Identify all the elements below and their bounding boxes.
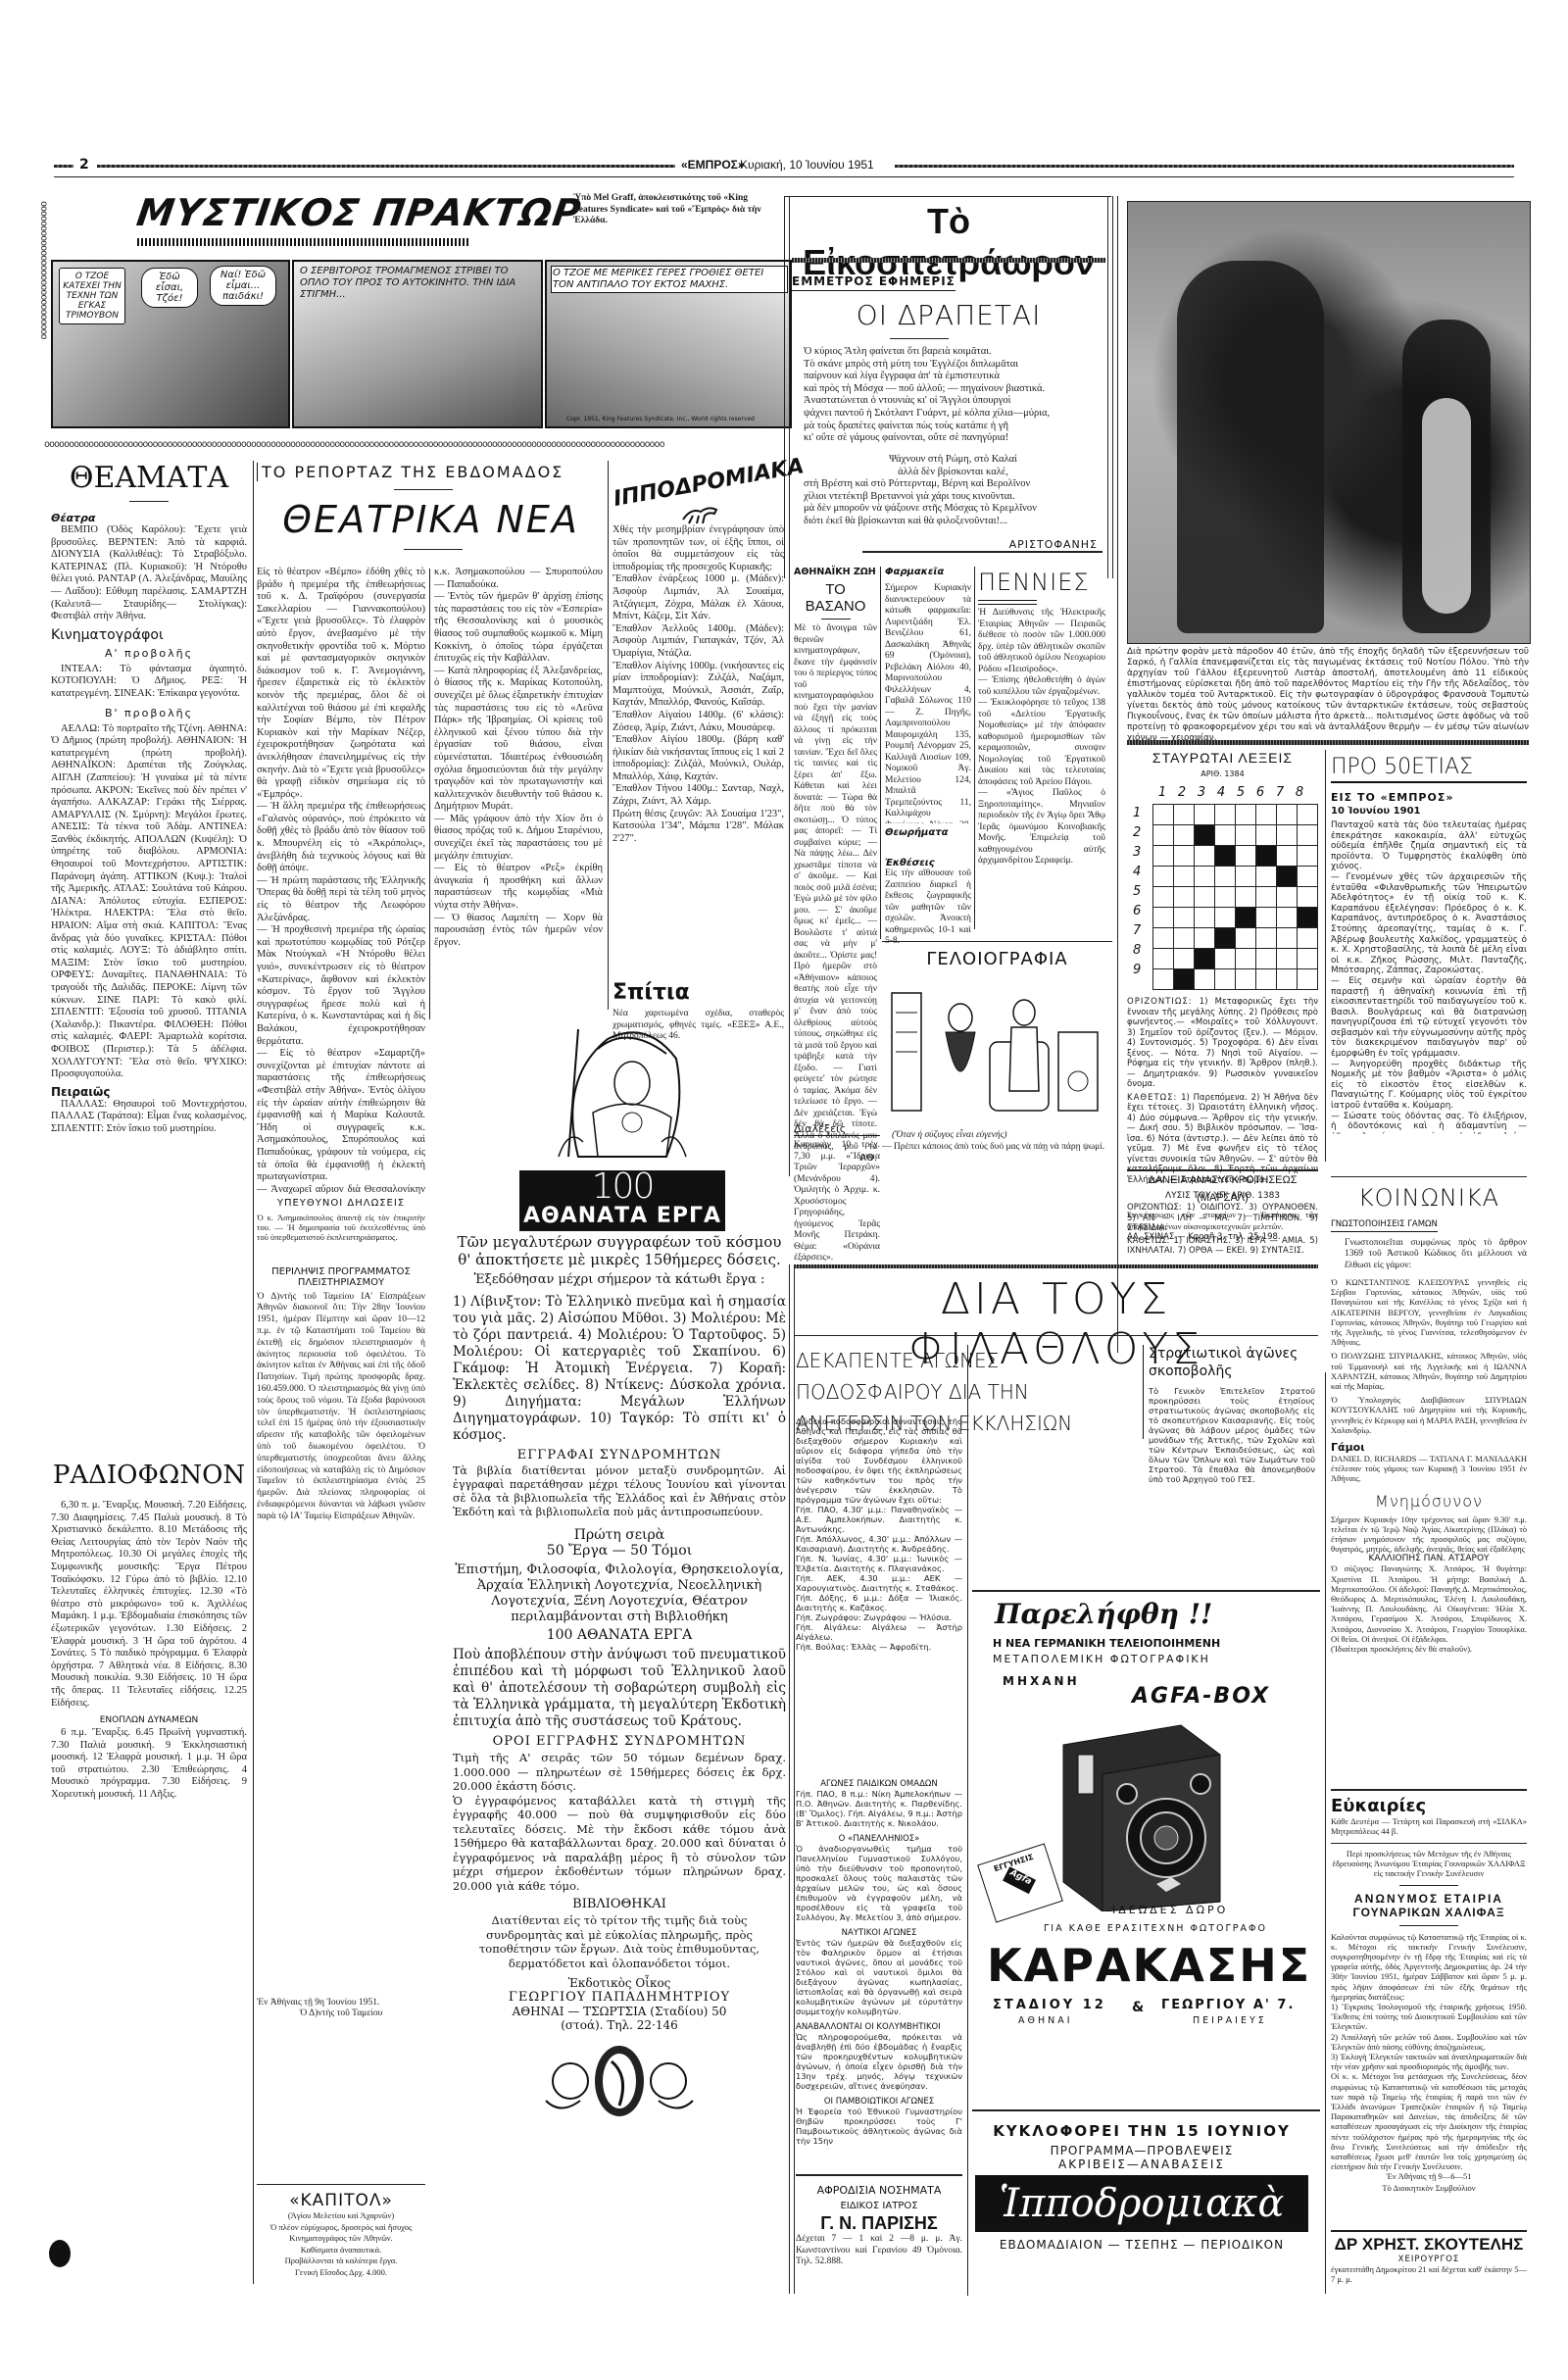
tameio-signoff-place: Ἐν Ἀθήναις τῇ 9η Ἰουνίου 1951. [257,1998,425,2009]
athanata-issued: Ἐξεδόθησαν μέχρι σήμερον τὰ κάτωθι ἔργα … [453,1272,786,1288]
afrodisia-ad: ΑΦΡΟΔΙΣΙΑ ΝΟΣΗΜΑΤΑ ΕΙΔΙΚΟΣ ΙΑΤΡΟΣ Γ. Ν. … [796,2184,962,2268]
pennies-title: ΠΕΝΝΙΕΣ [978,569,1105,596]
crossword-grid[interactable] [1152,804,1318,990]
perilipsis-text: Ὁ Δ)ντὴς τοῦ Ταμείου ΙΑ' Εἰσπράξεων Ἀθην… [257,1292,425,1998]
tameio-section: ΥΠΕΥΘΥΝΟΙ ΔΗΛΩΣΕΙΣ Ὁ κ. Ἀσημακόπουλος ἀπ… [257,1198,425,2020]
army-section: Στρατιωτικοὶ ἀγῶνες σκοποβολῆς Τὸ Γενικὸ… [1149,1345,1315,1562]
poem-stanza-2: Ψάχνουν στὴ Ρώμη, στὸ Καλαί ἀλλὰ δὲν βρί… [804,454,1102,528]
athanata-series-count: 50 Ἔργα — 50 Τόμοι [453,1543,786,1559]
farmakeia-text: Σήμερον Κυριακὴν διανυκτερεύουν τὰ κάτωθ… [885,583,971,823]
crossword-row-number: 3 [1133,843,1149,863]
koinonika-title: ΚΟΙΝΩΝΙΚΑ [1331,1184,1527,1212]
cartoon-caption-1: (Ὅταν ἡ σύζυγος εἶναι εὐγενής) [882,1130,1112,1142]
photo-figure-man [1177,261,1324,633]
tameio-text: Ὁ κ. Ἀσημακόπουλος ἀπαντᾷ εἰς τὸν ἐπικρι… [257,1213,425,1243]
crossword-col-number: 8 [1290,785,1309,800]
crossword-col-number: 7 [1270,785,1290,800]
crossword-col-number: 4 [1211,785,1231,800]
afrodisia-title: ΑΦΡΟΔΙΣΙΑ ΝΟΣΗΜΑΤΑ [796,2184,962,2197]
athanata-phone: (στοά). Τηλ. 22·146 [453,2018,786,2032]
horse-racing-icon [681,502,720,525]
pamboiotikoi-text: Ἡ Ἐφορεία τοῦ Ἐθνικοῦ Γυμναστηρίου Θηβῶν… [796,2107,962,2146]
eukairies-title: Εὐκαιρίες [1331,1796,1527,1816]
daneia-title: ΔΑΝΕΙΑ ΑΝΑΣΥΓΚΡΟΤΗΣΕΩΣ [1127,1174,1318,1186]
gamoi-text: DANIEL D. RICHARDS — ΤΑΤΙΑΝΑ Γ. ΜΑΝΙΑΔΑΚ… [1331,1454,1527,1484]
comic-caption-1: Ο ΤΖΟΕ ΚΑΤΕΧΕΙ ΤΗΝ ΤΕΧΝΗ ΤΩΝ ΕΓΚΑΣ ΤΡΙΜΟ… [59,268,125,324]
athanata-libraries-title: ΒΙΒΛΙΟΘΗΚΑΙ [453,1897,786,1911]
filathlous-top-rule [794,1264,1318,1268]
theamata-rule [129,501,169,502]
photo-caption-rule [1127,740,1529,745]
second-run-label: Β' προβολῆς [51,707,247,719]
perilipsis-title: ΠΕΡΙΛΗΨΙΣ ΠΡΟΓΡΑΜΜΑΤΟΣ ΠΛΕΙΣΤΗΡΙΑΣΜΟΥ [257,1266,425,1288]
amateur-label: ΑΓΩΝΕΣ ΠΑΙΔΙΚΩΝ ΟΜΑΔΩΝ [796,1779,962,1789]
koinonika-intro: Γνωστοποιεῖται συμφώνως πρὸς τὸ ἄρθρον 1… [1331,1238,1527,1272]
kapitol-title: «ΚΑΠΙΤΟΛ» [257,2191,425,2210]
eukairies-text: Κάθε Δευτέρα — Τετάρτη καὶ Παρασκευὴ στὴ… [1331,1816,1527,1836]
crossword-col-number: 1 [1152,785,1172,800]
halifax-title-rule [1399,1925,1458,1926]
amateur-text: Γήπ. ΠΑΟ, 8 π.μ.: Νίκη Ἀμπελοκήπων — Π.Ο… [796,1789,962,1828]
halifax-intro: Περὶ προσκλήσεως τῶν Μετόχων τῆς ἐν Ἀθήν… [1331,1849,1527,1879]
masthead-rule-left [97,165,675,168]
halifax-section: Περὶ προσκλήσεως τῶν Μετόχων τῆς ἐν Ἀθήν… [1331,1849,1527,2194]
down-label: ΚΑΘΕΤΩΣ: [1127,1093,1177,1103]
theatrika-nea-title: ΘΕΑΤΡΙΚΑ ΝΕΑ [257,498,605,541]
masthead-rule-right [895,165,1514,168]
daneia-top-rule [1127,1169,1318,1171]
athinaiki-kicker: ΑΘΗΝΑΪΚΗ ΖΩΗ [794,567,877,577]
poem-title-rule [890,338,949,339]
kapitol-line3: Προβάλλονται τὰ καλύτερα ἔργα. [257,2256,425,2267]
spor-brand-banner: Ἱπποδρομιακὰ Σπόρ [975,2175,1308,2232]
halifax-top-rule [1331,1843,1527,1844]
crossword-number: ΑΡΙΘ. 1384 [1127,769,1318,778]
pro50-date: 10 Ἰουνίου 1901 [1331,806,1527,817]
crossword-divider [1325,750,1326,1162]
athanata-lead: Τῶν μεγαλυτέρων συγγραφέων τοῦ κόσμου θ'… [453,1233,786,1268]
athanata-libraries-text: Διατίθενται εἰς τὸ τρίτον τῆς τιμῆς διὰ … [453,1913,786,1970]
skoutelis-top-rule [1331,2230,1527,2232]
pennies-divider [974,567,975,929]
koinonika-top-rule [1331,1176,1527,1177]
athena-illustration [539,1019,706,1166]
photo-penguin-belly [1422,398,1471,614]
issue-date: Κυριακή, 10 Ἰουνίου 1951 [740,158,874,172]
poem-title: ΟΙ ΔΡΑΠΕΤΑΙ [792,299,1105,331]
store-city-left: ΑΘΗΝΑΙ [1018,2015,1073,2026]
poem-line: κι' οὔτε σὲ γάμους φαίνονται, οὔτε σὲ πα… [804,432,1102,445]
agfa-headline: Παρελήφθη !! [995,1598,1212,1630]
afrodisia-name: Γ. Ν. ΠΑΡΙΣΗΣ [796,2213,962,2234]
panellinios-text: Ὁ ἀναδιοργανωθεὶς τμῆμα τοῦ Πανελληνίου … [796,1844,962,1922]
comic-bubble-1a: Ἐδῶ εἶσαι, Τζόε! [141,268,198,308]
page-number: 2 [79,157,89,173]
skoutelis-name: ΔΡ ΧΡΗΣΤ. ΣΚΟΥΤΕΛΗΣ [1331,2235,1527,2255]
reportaz-col2: κ.κ. Ἀσημακοπούλου — Σπυροπούλου — Παπαδ… [434,567,603,1027]
ektheseis-text: Εἰς τὴν αἴθουσαν τοῦ Ζαππείου διαρκεῖ ἡ … [885,868,971,948]
radio-section: ΡΑΔΙΟΦΩΝΟΝ 6,30 π. μ. Ἔναρξις. Μουσική. … [51,1461,247,1802]
crossword-row-number: 8 [1133,941,1149,961]
pennies-text: Ἡ Διεύθυνσις τῆς Ἠλεκτρικῆς Ἑταιρίας Ἀθη… [978,608,1105,892]
geloiografia-top-rule [882,941,1112,942]
vasano-title: ΤΟ ΒΑΣΑΝΟ [794,581,877,615]
paper-name: «ΕΜΠΡΟΣ» [681,158,745,172]
spor-top-rule [972,2109,1320,2111]
eikositetraoron-section: Τὸ Εἰκοσιτετράωρον ΕΜΜΕΤΡΟΣ ΕΦΗΜΕΡΙΣ ΟΙ … [792,201,1105,583]
athanata-publisher: ΓΕΩΡΓΙΟΥ ΠΑΠΑΔΗΜΗΤΡΙΟΥ [453,1990,786,2005]
comic-title: ΜΥΣΤΙΚΟΣ ΠΡΑΚΤΩΡ [134,191,584,234]
filathlous-border-left [789,1264,795,2294]
spor-brand: Ἱπποδρομιακὰ Σπόρ [1000,2181,1285,2283]
agfa-gift: ΙΔΕΩΔΕΣ ΔΩΡΟ [1112,1904,1228,1916]
ektheseis-label: Ἐκθέσεις [885,858,971,868]
athanata-lib-name: 100 ΑΘΑΝΑΤΑ ΕΡΓΑ [453,1627,786,1643]
poem-line: Ἀναστατώνεται ὁ ντουνιὰς κι' οἱ Ἄγγλοι ὑ… [804,395,1102,408]
athanata-text: Τῶν μεγαλυτέρων συγγραφέων τοῦ κόσμου θ'… [453,1233,786,2120]
antarctic-photo [1127,201,1531,644]
kolymb-label: ΑΝΑΒΑΛΛΟΝΤΑΙ ΟΙ ΚΟΛΥΜΒΗΤΙΚΟΙ [796,2022,962,2032]
poem-line: καὶ πρὸς τὴ Μόσχα — ποῦ ἀλλοῦ; — πηγαίνο… [804,383,1102,396]
koinonika-item: Ὁ ΠΟΛΥΖΩΗΣ ΣΠΥΡΙΔΑΚΗΣ, κάτοικος Ἀθηνῶν, … [1331,1351,1527,1391]
eikosi-border-left [784,196,790,578]
store-name: ΚΑΡΑΚΑΣΗΣ [987,1939,1311,1992]
eikosi-border-top [784,196,1111,197]
koinonika-kicker: ΓΝΩΣΤΟΠΟΙΗΣΕΙΣ ΓΑΜΩΝ [1331,1219,1438,1232]
spor-line1: ΚΥΚΛΟΦΟΡΕΙ ΤΗΝ 15 ΙΟΥΝΙΟΥ [975,2122,1308,2140]
theatra-text: ΒΕΜΠΟ (Ὁδὸς Καρόλου): Ἔχετε γειὰ βρυσοῦλ… [51,524,247,623]
piraeus-text: ΠΑΛΛΑΣ: Θησαυροὶ τοῦ Μοντεχρήστου. ΠΑΛΛΑ… [51,1099,247,1136]
football-col-divider [967,1345,968,2296]
agfa-ad: Παρελήφθη !! Η ΝΕΑ ΓΕΡΜΑΝΙΚΗ ΤΕΛΕΙΟΠΟΙΗΜ… [975,1598,1318,2107]
theatra-label: Θέατρα [51,512,247,524]
crossword-col-numbers: 1 2 3 4 5 6 7 8 [1152,785,1309,800]
nautika-text: Ἐντὸς τῶν ἡμερῶν θὰ διεξαχθοῦν εἰς τὸν Φ… [796,1938,962,2016]
daneia-text: Συγκέντρωσις τῶν στοιχείων — Ἐκπόνησις τ… [1127,1210,1318,1232]
poem-stanza-1: Ὁ κύριος Ἄτλη φαίνεται ὅτι βαρειὰ κοιμᾶτ… [804,346,1102,445]
mnimosyno-name: ΚΑΛΛΙΟΠΗΣ ΠΑΝ. ΑΤΣΑΡΟΥ [1331,1554,1527,1563]
crossword-row-number: 9 [1133,961,1149,980]
ippodromiaka-spor-ad: ΚΥΚΛΟΦΟΡΕΙ ΤΗΝ 15 ΙΟΥΝΙΟΥ ΠΡΟΓΡΑΜΜΑ—ΠΡΟΒ… [975,2122,1308,2252]
agfa-line1: Η ΝΕΑ ΓΕΡΜΑΝΙΚΗ ΤΕΛΕΙΟΠΟΙΗΜΕΝΗ [993,1637,1220,1650]
athanata-publisher-label: Ἐκδοτικὸς Οἶκος [453,1976,786,1990]
mnimosyno-family: Ὁ σύζυγος: Παναγιώτης Χ. Ἀτσάρος. Ἡ θυγά… [1331,1563,1527,1644]
pennies-section: ΠΕΝΝΙΕΣ Ἡ Διεύθυνσις τῆς Ἠλεκτρικῆς Ἑται… [978,569,1105,892]
mnimosyno-label: Μνημόσυνον [1331,1492,1527,1511]
athanata-reg-title: ΕΓΓΡΑΦΑΙ ΣΥΝΔΡΟΜΗΤΩΝ [453,1448,786,1463]
athanata-terms-title: ΟΡΟΙ ΕΓΓΡΑΦΗΣ ΣΥΝΔΡΟΜΗΤΩΝ [453,1734,786,1749]
ippodromiaka-text: Χθὲς τὴν μεσημβρίαν ἐνεγράφησαν ὑπὸ τῶν … [612,524,784,956]
theorimata-label: Θεωρήματα [885,827,971,838]
second-run-text: ΑΕΛΛΩ: Τὸ πορτραῖτο τῆς Τζένη. ΑΘΗΝΑ: Ὁ … [51,723,247,1081]
crossword-row-number: 4 [1133,863,1149,882]
reportaz-mid-divider [429,569,430,1019]
cinema-label: Κινηματογράφοι [51,627,247,643]
crossword-row-number: 5 [1133,882,1149,902]
agfa-top-rule [972,1590,1320,1592]
comic-credit: Ὑπὸ Mel Graff, ἀποκλειστικότης τοῦ «King… [573,193,779,227]
crossword-row-number: 7 [1133,921,1149,941]
tameio-title: ΥΠΕΥΘΥΝΟΙ ΔΗΛΩΣΕΙΣ [257,1198,425,1209]
crossword-title: ΣΤΑΥΡΩΤΑΙ ΛΕΞΕΙΣ [1127,750,1318,766]
enoples-label: ΕΝΟΠΛΩΝ ΔΥΝΑΜΕΩΝ [51,1715,247,1725]
pro50-title: ΠΡΟ 50ΕΤΙΑΣ [1331,755,1527,783]
theamata-section: ΘΕΑΜΑΤΑ Θέατρα ΒΕΜΠΟ (Ὁδὸς Καρόλου): Ἔχε… [51,461,247,1136]
spor-line2: ΠΡΟΓΡΑΜΜΑ—ΠΡΟΒΛΕΨΕΙΣ [975,2144,1308,2157]
koinonika-item: Ὁ Ὑπολοχαγὸς Διαβιβάσεων ΣΠΥΡΙΔΩΝ ΚΟΥΤΣΟ… [1331,1395,1527,1435]
comic-panel-3: Ο ΤΖΟΕ ΜΕ ΜΕΡΙΚΕΣ ΓΕΡΕΣ ΓΡΟΘΙΕΣ ΘΕΤΕΙ ΤΟ… [545,260,792,428]
koinonika-section: ΚΟΙΝΩΝΙΚΑ ΓΝΩΣΤΟΠΟΙΗΣΕΙΣ ΓΑΜΩΝ Γνωστοποι… [1331,1184,1527,1656]
store-and: & [1132,2000,1144,2015]
halifax-signoff-2: Τὸ Διοικητικὸν Συμβούλιον [1331,2183,1527,2195]
reportaz-col1: Εἰς τὸ θέατρον «Βέμπο» ἐδόθη χθὲς τὸ βρά… [257,567,425,1194]
geloiografia-section: ΓΕΛΟΙΟΓΡΑΦΙΑ (Ὅταν ἡ σύζυγος εἶναι εὐγεν… [882,949,1112,1153]
pro50-section: ΠΡΟ 50ΕΤΙΑΣ ΕΙΣ ΤΟ «ΕΜΠΡΟΣ» 10 Ἰουνίου 1… [1331,755,1527,1134]
piraeus-label: Πειραιῶς [51,1085,247,1099]
poem-line: παίρνουν καὶ λίγα ἔγγραφα ἀπ' τὰ ἐμπιστε… [804,371,1102,383]
mnimosyno-note: (Ἰδιαίτεραι προσκλήσεις δὲν θὰ σταλοῦν). [1331,1644,1527,1656]
skoutelis-title: ΧΕΙΡΟΥΡΓΟΣ [1331,2255,1527,2264]
reportaz-kicker: ΤΟ ΡΕΠΟΡΤΑΖ ΤΗΣ ΕΒΔΟΜΑΔΟΣ [257,463,605,481]
skoutelis-section: ΔΡ ΧΡΗΣΤ. ΣΚΟΥΤΕΛΗΣ ΧΕΙΡΟΥΡΓΟΣ ἐγκατεστά… [1331,2235,1527,2284]
reportaz-kicker-rule [394,489,453,490]
afrodisia-top-rule [796,2174,962,2176]
crossword-row-number: 2 [1133,823,1149,843]
radio-title: ΡΑΔΙΟΦΩΝΟΝ [51,1461,247,1490]
comic-frame-border-bottom: oooooooooooooooooooooooooooooooooooooooo… [44,439,789,450]
publisher-logo [541,2042,698,2120]
crossword-col-number: 2 [1172,785,1192,800]
football-text: Δώδεκα ποδοσφαιρικοὶ συναντήσεις τῆς Ἀθή… [796,1416,962,1769]
daneia-section: ΔΑΝΕΙΑ ΑΝΑΣΥΓΚΡΟΤΗΣΕΩΣ (ΜΑΡΣΑΛ) Συγκέντρ… [1127,1174,1318,1244]
poem-line: Ψάχνουν στὴ Ρώμη, στὸ Καλαί [804,454,1102,467]
pennies-rule [978,600,1037,605]
poem-author: ΑΡΙΣΤΟΦΑΝΗΣ [1009,538,1098,551]
poem-line: μὰ τοὺς δραπέτες φαίνεται πὼς τοὺς κατάπ… [804,421,1102,433]
eikosi-border-right [1107,196,1113,578]
comic-copyright: Copr. 1951, King Features Syndicate, Inc… [566,416,755,422]
crossword-row-numbers: 1 2 3 4 5 6 7 8 9 [1133,804,1149,980]
halifax-text: Καλοῦνται συμφώνως τῷ Καταστατικῷ τῆς Ἑτ… [1331,1932,1527,2172]
crossword-col-number: 5 [1231,785,1250,800]
cartoon-drawing [882,973,1112,1130]
kapitol-line4: Γενικὴ Εἴσοδος Δρχ. 4.000. [257,2267,425,2279]
eikosi-bottom-rule [862,551,1102,553]
masthead-underline [54,176,1514,177]
poem-line: ἀλλὰ δὲν βρίσκονται καλέ, [804,467,1102,479]
col3-divider [608,461,609,1010]
poem-line: Τὸ σκάνε μπρὸς στὴ μύτη του Ἐγγλέζοι διπ… [804,359,1102,372]
radio-text: 6,30 π. μ. Ἔναρξις. Μουσική. 7.20 Εἰδήσε… [51,1500,247,1710]
comic-caption-2: Ο ΣΕΡΒΙΤΟΡΟΣ ΤΡΟΜΑΓΜΕΝΟΣ ΣΤΡΙΒΕΙ ΤΟ ΟΠΛΟ… [300,266,533,301]
first-run-text: ΙΝΤΕΑΛ: Τὸ φάντασμα ἀγαπητό. ΚΟΤΟΠΟΥΛΗ: … [51,664,247,701]
athanata-address: ΑΘΗΝΑΙ — ΤΣΩΡΤΣΙΑ (Σταδίου) 50 [453,2005,786,2018]
agfa-brand: AGFA-BOX [1132,1684,1270,1709]
kapitol-line1: Ὁ πλέον εὐρύχωρος, δροσερὸς καὶ ἥσυχος Κ… [257,2222,425,2245]
poem-line: χίλιοι ντετέκτιβ Βρεταννοὶ γιὰ χάρι τους… [804,491,1102,504]
panellinios-label: Ο «ΠΑΝΕΛΛΗΝΙΟΣ» [796,1834,962,1844]
halifax-title-1: ΑΝΩΝΥΜΟΣ ΕΤΑΙΡΙΑ [1331,1892,1527,1906]
across-text: 1) Μεταφορικῶς ἔχει τὴν ἔννοιαν τῆς μεγά… [1127,997,1318,1089]
nautika-label: ΝΑΥΤΙΚΟΙ ΑΓΩΝΕΣ [796,1928,962,1938]
comic-panel-1: Ο ΤΖΟΕ ΚΑΤΕΧΕΙ ΤΗΝ ΤΕΧΝΗ ΤΩΝ ΕΓΚΑΣ ΤΡΙΜΟ… [51,260,290,428]
spor-line3: ΑΚΡΙΒΕΙΣ—ΑΝΑΒΑΣΕΙΣ [975,2157,1308,2171]
vasano-rule [821,619,851,620]
farmakeia-section: Φαρμακεῖα Σήμερον Κυριακὴν διανυκτερεύου… [885,567,971,948]
comic-strip: ΜΥΣΤΙΚΟΣ ΠΡΑΚΤΩΡ Ὑπὸ Mel Graff, ἀποκλεισ… [39,181,789,436]
photo-caption: Διὰ πρώτην φορὰν μετὰ πάροδον 40 ἐτῶν, ἀ… [1127,647,1529,744]
afrodisia-subtitle: ΕΙΔΙΚΟΣ ΙΑΤΡΟΣ [796,2201,962,2211]
crossword-col-number: 3 [1192,785,1211,800]
kolymb-text: Ὡς πληροφορούμεθα, πρόκειται νὰ ἀναβληθῇ… [796,2032,962,2091]
kapitol-address: (Ἁγίου Μελετίου καὶ Ἀχαρνῶν) [257,2210,425,2222]
kapitol-ad: «ΚΑΠΙΤΟΛ» (Ἁγίου Μελετίου καὶ Ἀχαρνῶν) Ὁ… [257,2191,425,2278]
poem-line: διότι ἐκεῖ θὰ βρίσκωνται καὶ θὰ φιλοξενο… [804,516,1102,528]
athanata-aim: Ποὺ ἀποβλέπουν στὴν ἀνύψωσι τοῦ πνευματι… [453,1647,786,1730]
theamata-title: ΘΕΑΜΑΤΑ [51,461,247,495]
masthead-rule-left-short [54,165,73,168]
athanata-banner-number: 100 [519,1166,725,1207]
athanata-ad: 100 ΑΘΑΝΑΤΑ ΕΡΓΑ [431,1019,813,1231]
poem-line: ψάχνει παντοῦ ἡ Σκότλαντ Γυάρντ, μὲ κόλπ… [804,408,1102,421]
right-col-divider [1325,1372,1326,2294]
comic-frame-border-left: oooooooooooooooooooooooooooo [39,201,49,417]
athanata-works: 1) Λίβινξτον: Τὸ Ἑλληνικὸ πνεῦμα καὶ ἡ σ… [453,1294,786,1444]
crossword-row-number: 1 [1133,804,1149,823]
daneia-subtitle: (ΜΑΡΣΑΛ) [1127,1192,1318,1204]
pamboiotikoi-label: ΟΙ ΠΑΜΒΟΙΩΤΙΚΟΙ ΑΓΩΝΕΣ [796,2097,962,2107]
camera-illustration [1034,1715,1230,1911]
spor-line4: ΕΒΔΟΜΑΔΙΑΙΟΝ — ΤΣΕΠΗΣ — ΠΕΡΙΟΔΙΚΟΝ [975,2238,1308,2252]
amateur-block: ΑΓΩΝΕΣ ΠΑΙΔΙΚΩΝ ΟΜΑΔΩΝ Γήπ. ΠΑΟ, 8 π.μ.:… [796,1779,962,2146]
agfa-for-whom: ΓΙΑ ΚΑΘΕ ΕΡΑΣΙΤΕΧΝΗ ΦΩΤΟΓΡΑΦΟ [1044,1923,1267,1934]
across-label: ΟΡΙΖΟΝΤΙΩΣ: [1127,997,1193,1007]
masthead: 2 «ΕΜΠΡΟΣ» Κυριακή, 10 Ἰουνίου 1951 [54,160,1514,174]
store-addr-right: ΓΕΩΡΓΙΟΥ Α' 7. [1161,1998,1295,2012]
daneia-contact: ΑΛ. ΣΧΙΝΑΣ — Κοραῆ 3, τηλ. 25-198. [1127,1232,1318,1244]
spitia-title: Σπίτια [612,980,784,1005]
comic-bubble-1b: Ναί! Ἐδῶ εἶμαι... παιδάκι! [210,266,276,306]
crossword-row-number: 6 [1133,902,1149,921]
athanata-terms: Τιμὴ τῆς Α' σειρᾶς τῶν 50 τόμων δεμένων … [453,1751,786,1893]
halifax-title-2: ΓΟΥΝΑΡΙΚΩΝ ΧΑΛΙΦΑΞ [1331,1906,1527,1919]
agfa-line2: ΜΕΤΑΠΟΛΕΜΙΚΗ ΦΩΤΟΓΡΑΦΙΚΗ [993,1653,1210,1665]
tameio-signoff: Ὁ Δ)ντὴς τοῦ Ταμείου [257,2008,425,2020]
afrodisia-text: Δέχεται 7 — 1 καὶ 2 —8 μ. μ. Ἀγ. Κωνσταν… [796,2234,962,2268]
gamoi-label: Γάμοι [1331,1441,1527,1454]
reportaz-section: ΤΟ ΡΕΠΟΡΤΑΖ ΤΗΣ ΕΒΔΟΜΑΔΟΣ ΘΕΑΤΡΙΚΑ ΝΕΑ [257,463,605,558]
first-run-label: Α' προβολῆς [51,647,247,660]
army-text: Τὸ Γενικὸν Ἐπιτελεῖον Στρατοῦ προκηρύσσε… [1149,1386,1315,1562]
athanata-topics: Ἐπιστήμη, Φιλοσοφία, Φιλολογία, Θρησκειο… [453,1562,786,1625]
pro50-text: Πανταχοῦ κατὰ τὰς δύο τελευταίας ἡμέρας … [1331,820,1527,1134]
across-clues: ΟΡΙΖΟΝΤΙΩΣ: 1) Μεταφορικῶς ἔχει τὴν ἔννο… [1127,997,1318,1090]
eukairies-top-rule [1331,1789,1527,1791]
cartoon-caption-2: — Πρέπει κάποιος ἀπὸ τοὺς δυό μας νὰ πάῃ… [882,1142,1112,1154]
farmakeia-title: Φαρμακεῖα [885,567,971,577]
halifax-intro-rule [1399,1885,1458,1886]
ink-blot [49,2240,71,2267]
poem-line: στὴ Βρέστη καὶ στὸ Ρόττερνταμ, Βέρνη καὶ… [804,478,1102,491]
kapitol-top-rule [257,2184,425,2185]
poem-line: Ὁ κύριος Ἄτλη φαίνεται ὅτι βαρειὰ κοιμᾶτ… [804,346,1102,359]
ippodromiaka-section: ΙΠΠΟΔΡΟΜΙΑΚΑ Χθὲς τὴν μεσημβρίαν ἐνεγράφ… [612,463,784,956]
geloiografia-title: ΓΕΛΟΙΟΓΡΑΦΙΑ [882,949,1112,969]
athanata-series: Πρώτη σειρὰ [453,1527,786,1543]
mnimosyno-text: Σήμερον Κυριακὴν 10ην τρέχοντος καὶ ὥραν… [1331,1514,1527,1555]
emmetros-kicker: ΕΜΜΕΤΡΟΣ ΕΦΗΜΕΡΙΣ [792,274,955,291]
enoples-text: 6 π.μ. Ἔναρξις. 6.45 Πρωϊνὴ γυμναστική. … [51,1727,247,1802]
photo-left-border [1117,196,1118,1353]
pro50-kicker: ΕΙΣ ΤΟ «ΕΜΠΡΟΣ» [1331,791,1527,804]
guarantee-logo: Agfa [1003,1866,1036,1894]
comic-title-underline [137,238,470,246]
crossword-section: ΣΤΑΥΡΩΤΑΙ ΛΕΞΕΙΣ ΑΡΙΘ. 1384 1 2 3 4 5 6 … [1127,750,1318,778]
store-city-right: ΠΕΙΡΑΙΕΥΣ [1193,2015,1267,2026]
halifax-signoff-1: Ἐν Ἀθήναις τῇ 9—6—51 [1331,2171,1527,2183]
koinonika-item: Ὁ ΚΩΝΣΤΑΝΤΙΝΟΣ ΚΛΕΙΣΟΥΡΑΣ γεννηθεὶς εἰς … [1331,1277,1527,1347]
crossword-col-number: 6 [1250,785,1270,800]
eikosi-title: Τὸ Εἰκοσιτετράωρον [792,201,1105,283]
farmakeia-divider [880,567,881,939]
comic-caption-3: Ο ΤΖΟΕ ΜΕ ΜΕΡΙΚΕΣ ΓΕΡΕΣ ΓΡΟΘΙΕΣ ΘΕΤΕΙ ΤΟ… [551,266,788,293]
agfa-line3: ΜΗΧΑΝΗ [1003,1674,1080,1688]
kapitol-line2: Καθίσματα ἀναπαυτικά. [257,2245,425,2256]
comic-panel-2: Ο ΣΕΡΒΙΤΟΡΟΣ ΤΡΟΜΑΓΜΕΝΟΣ ΣΤΡΙΒΕΙ ΤΟ ΟΠΛΟ… [292,260,543,428]
athanata-banner-title: ΑΘΑΝΑΤΑ ΕΡΓΑ [519,1204,725,1228]
athanata-banner: 100 ΑΘΑΝΑΤΑ ΕΡΓΑ [519,1170,725,1231]
filathlous-title-rule [794,1335,1318,1336]
col1-divider [253,461,254,2284]
store-addr-left: ΣΤΑΔΙΟΥ 12 [993,1998,1106,2012]
theatrika-rule [404,549,463,550]
eukairies-section: Εὐκαιρίες Κάθε Δευτέρα — Τετάρτη καὶ Παρ… [1331,1796,1527,1836]
skoutelis-text: ἐγκατεστάθη Δημοκρίτου 21 καὶ δέχεται κα… [1331,2264,1527,2284]
eikosi-title-rule [792,258,1105,263]
athanata-reg-text: Τὰ βιβλία διατίθενται μόνον μεταξὺ συνδρ… [453,1464,786,1519]
poem-line: μὰ δὲν μποροῦν νὰ ψάξουνε στῆς Μόσχας τὸ… [804,503,1102,516]
army-title: Στρατιωτικοὶ ἀγῶνες σκοποβολῆς [1149,1345,1315,1380]
